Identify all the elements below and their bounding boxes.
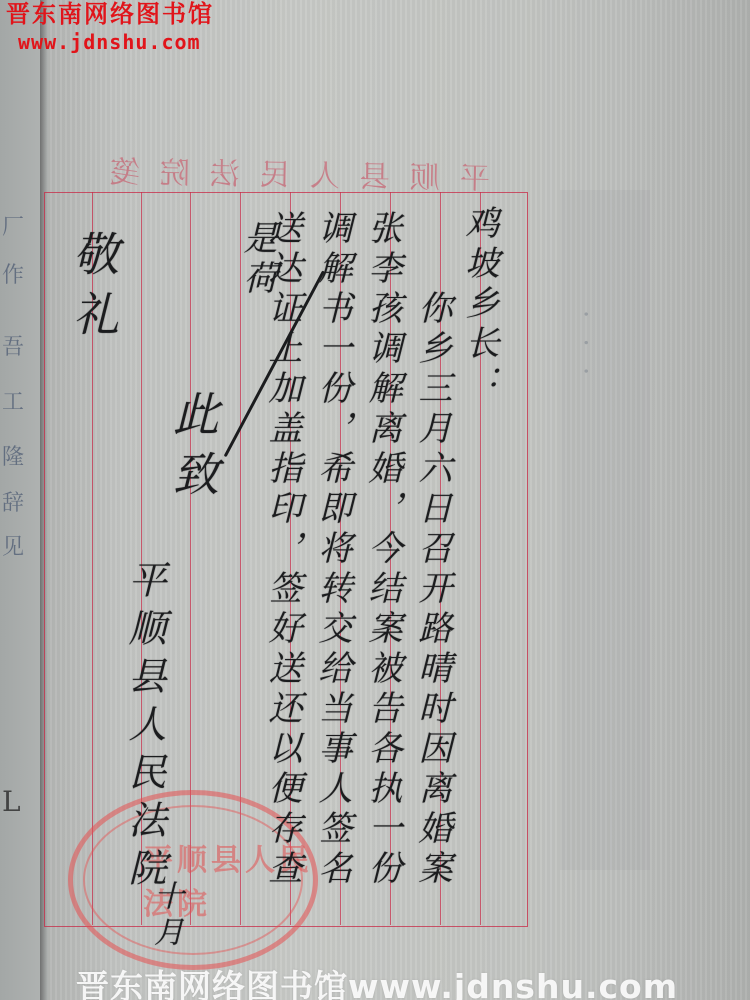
show-through-area: · · · [560,190,650,870]
watermark-top: 晋东南网络图书馆 www.jdnshu.com [6,2,214,52]
margin-char: 工 [2,385,24,416]
letter-column: 张李孩调解离婚，今结案被告各执一份 [365,210,399,890]
margin-char: 厂 [2,210,24,241]
signature-org: 平顺县人民法院 [125,560,163,896]
letter-column: 调解书一份，希即将转交给当事人签名 [315,210,349,890]
letter-column: 送达证上加盖指印，签好送还以便存查 [265,210,299,890]
margin-char: 辞 [2,486,24,517]
watermark-url: www.jdnshu.com [6,32,214,52]
margin-char: 作 [2,258,24,289]
margin-char: 见 [2,530,24,561]
letter-column-closing: 是荷 [240,220,274,300]
letter-column: 你乡三月六日召开路晴时因离婚案 [415,290,449,890]
margin-mark: L [2,785,21,818]
margin-char: 隆 [2,440,24,471]
letter-column-cizhi: 此致 [170,390,216,510]
letter-column-salutation: 鸡坡乡长： [462,205,496,405]
show-through-text: · · · [570,310,600,381]
watermark-title: 晋东南网络图书馆 [6,2,214,26]
letterhead-title: 平顺县人民法院笺 [60,146,491,187]
letter-column-jingli: 敬礼 [70,230,116,350]
watermark-bottom: 晋东南网络图书馆www.jdnshu.com [76,961,678,1000]
margin-char: 吾 [2,330,24,361]
signature-date: 十月 [150,880,180,952]
